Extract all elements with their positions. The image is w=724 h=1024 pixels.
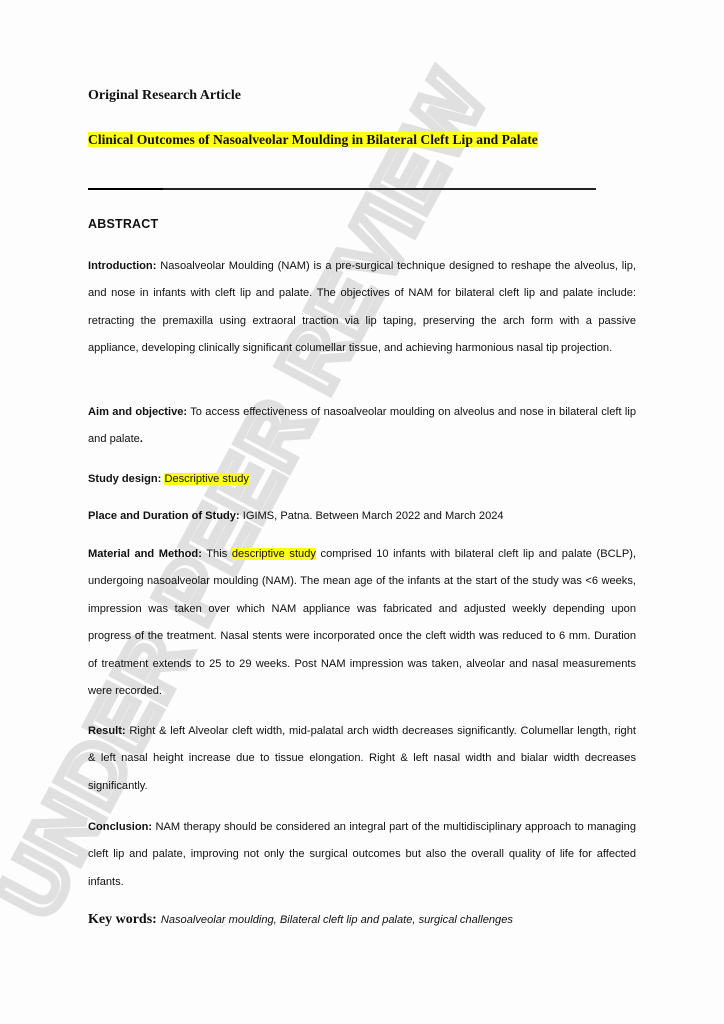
method-label: Material and Method: bbox=[88, 548, 202, 560]
aim-end: . bbox=[140, 433, 143, 445]
horizontal-rule bbox=[88, 188, 596, 190]
place-duration-paragraph: Place and Duration of Study: IGIMS, Patn… bbox=[88, 503, 636, 530]
study-design-text: Descriptive study bbox=[164, 473, 248, 485]
conclusion-label: Conclusion: bbox=[88, 821, 152, 833]
study-design-paragraph: Study design: Descriptive study bbox=[88, 466, 636, 493]
result-paragraph: Result: Right & left Alveolar cleft widt… bbox=[88, 718, 636, 800]
introduction-label: Introduction: bbox=[88, 260, 156, 272]
method-highlight: descriptive study bbox=[232, 548, 316, 560]
conclusion-text: NAM therapy should be considered an inte… bbox=[88, 821, 636, 888]
keywords: Key words: Nasoalveolar moulding, Bilate… bbox=[88, 910, 513, 928]
conclusion-paragraph: Conclusion: NAM therapy should be consid… bbox=[88, 814, 636, 896]
aim-paragraph: Aim and objective: To access effectivene… bbox=[88, 399, 636, 454]
keywords-label: Key words: bbox=[88, 912, 157, 927]
document-page: UNDER PEER REVIEW Original Research Arti… bbox=[0, 0, 724, 1024]
study-design-label: Study design: bbox=[88, 473, 161, 485]
keywords-text: Nasoalveolar moulding, Bilateral cleft l… bbox=[161, 914, 513, 926]
abstract-heading: ABSTRACT bbox=[88, 217, 158, 231]
introduction-paragraph: Introduction: Nasoalveolar Moulding (NAM… bbox=[88, 253, 636, 363]
result-label: Result: bbox=[88, 725, 126, 737]
article-type: Original Research Article bbox=[88, 88, 241, 104]
method-text: comprised 10 infants with bilateral clef… bbox=[88, 548, 636, 697]
introduction-text: Nasoalveolar Moulding (NAM) is a pre-sur… bbox=[88, 260, 636, 354]
method-pre: This bbox=[206, 548, 227, 560]
article-title: Clinical Outcomes of Nasoalveolar Mouldi… bbox=[88, 132, 538, 148]
method-paragraph: Material and Method: This descriptive st… bbox=[88, 541, 636, 705]
result-text: Right & left Alveolar cleft width, mid-p… bbox=[88, 725, 636, 792]
aim-label: Aim and objective: bbox=[88, 406, 187, 418]
place-duration-label: Place and Duration of Study: bbox=[88, 510, 240, 522]
title-highlight: Clinical Outcomes of Nasoalveolar Mouldi… bbox=[88, 132, 538, 147]
place-duration-text: IGIMS, Patna. Between March 2022 and Mar… bbox=[243, 510, 504, 522]
